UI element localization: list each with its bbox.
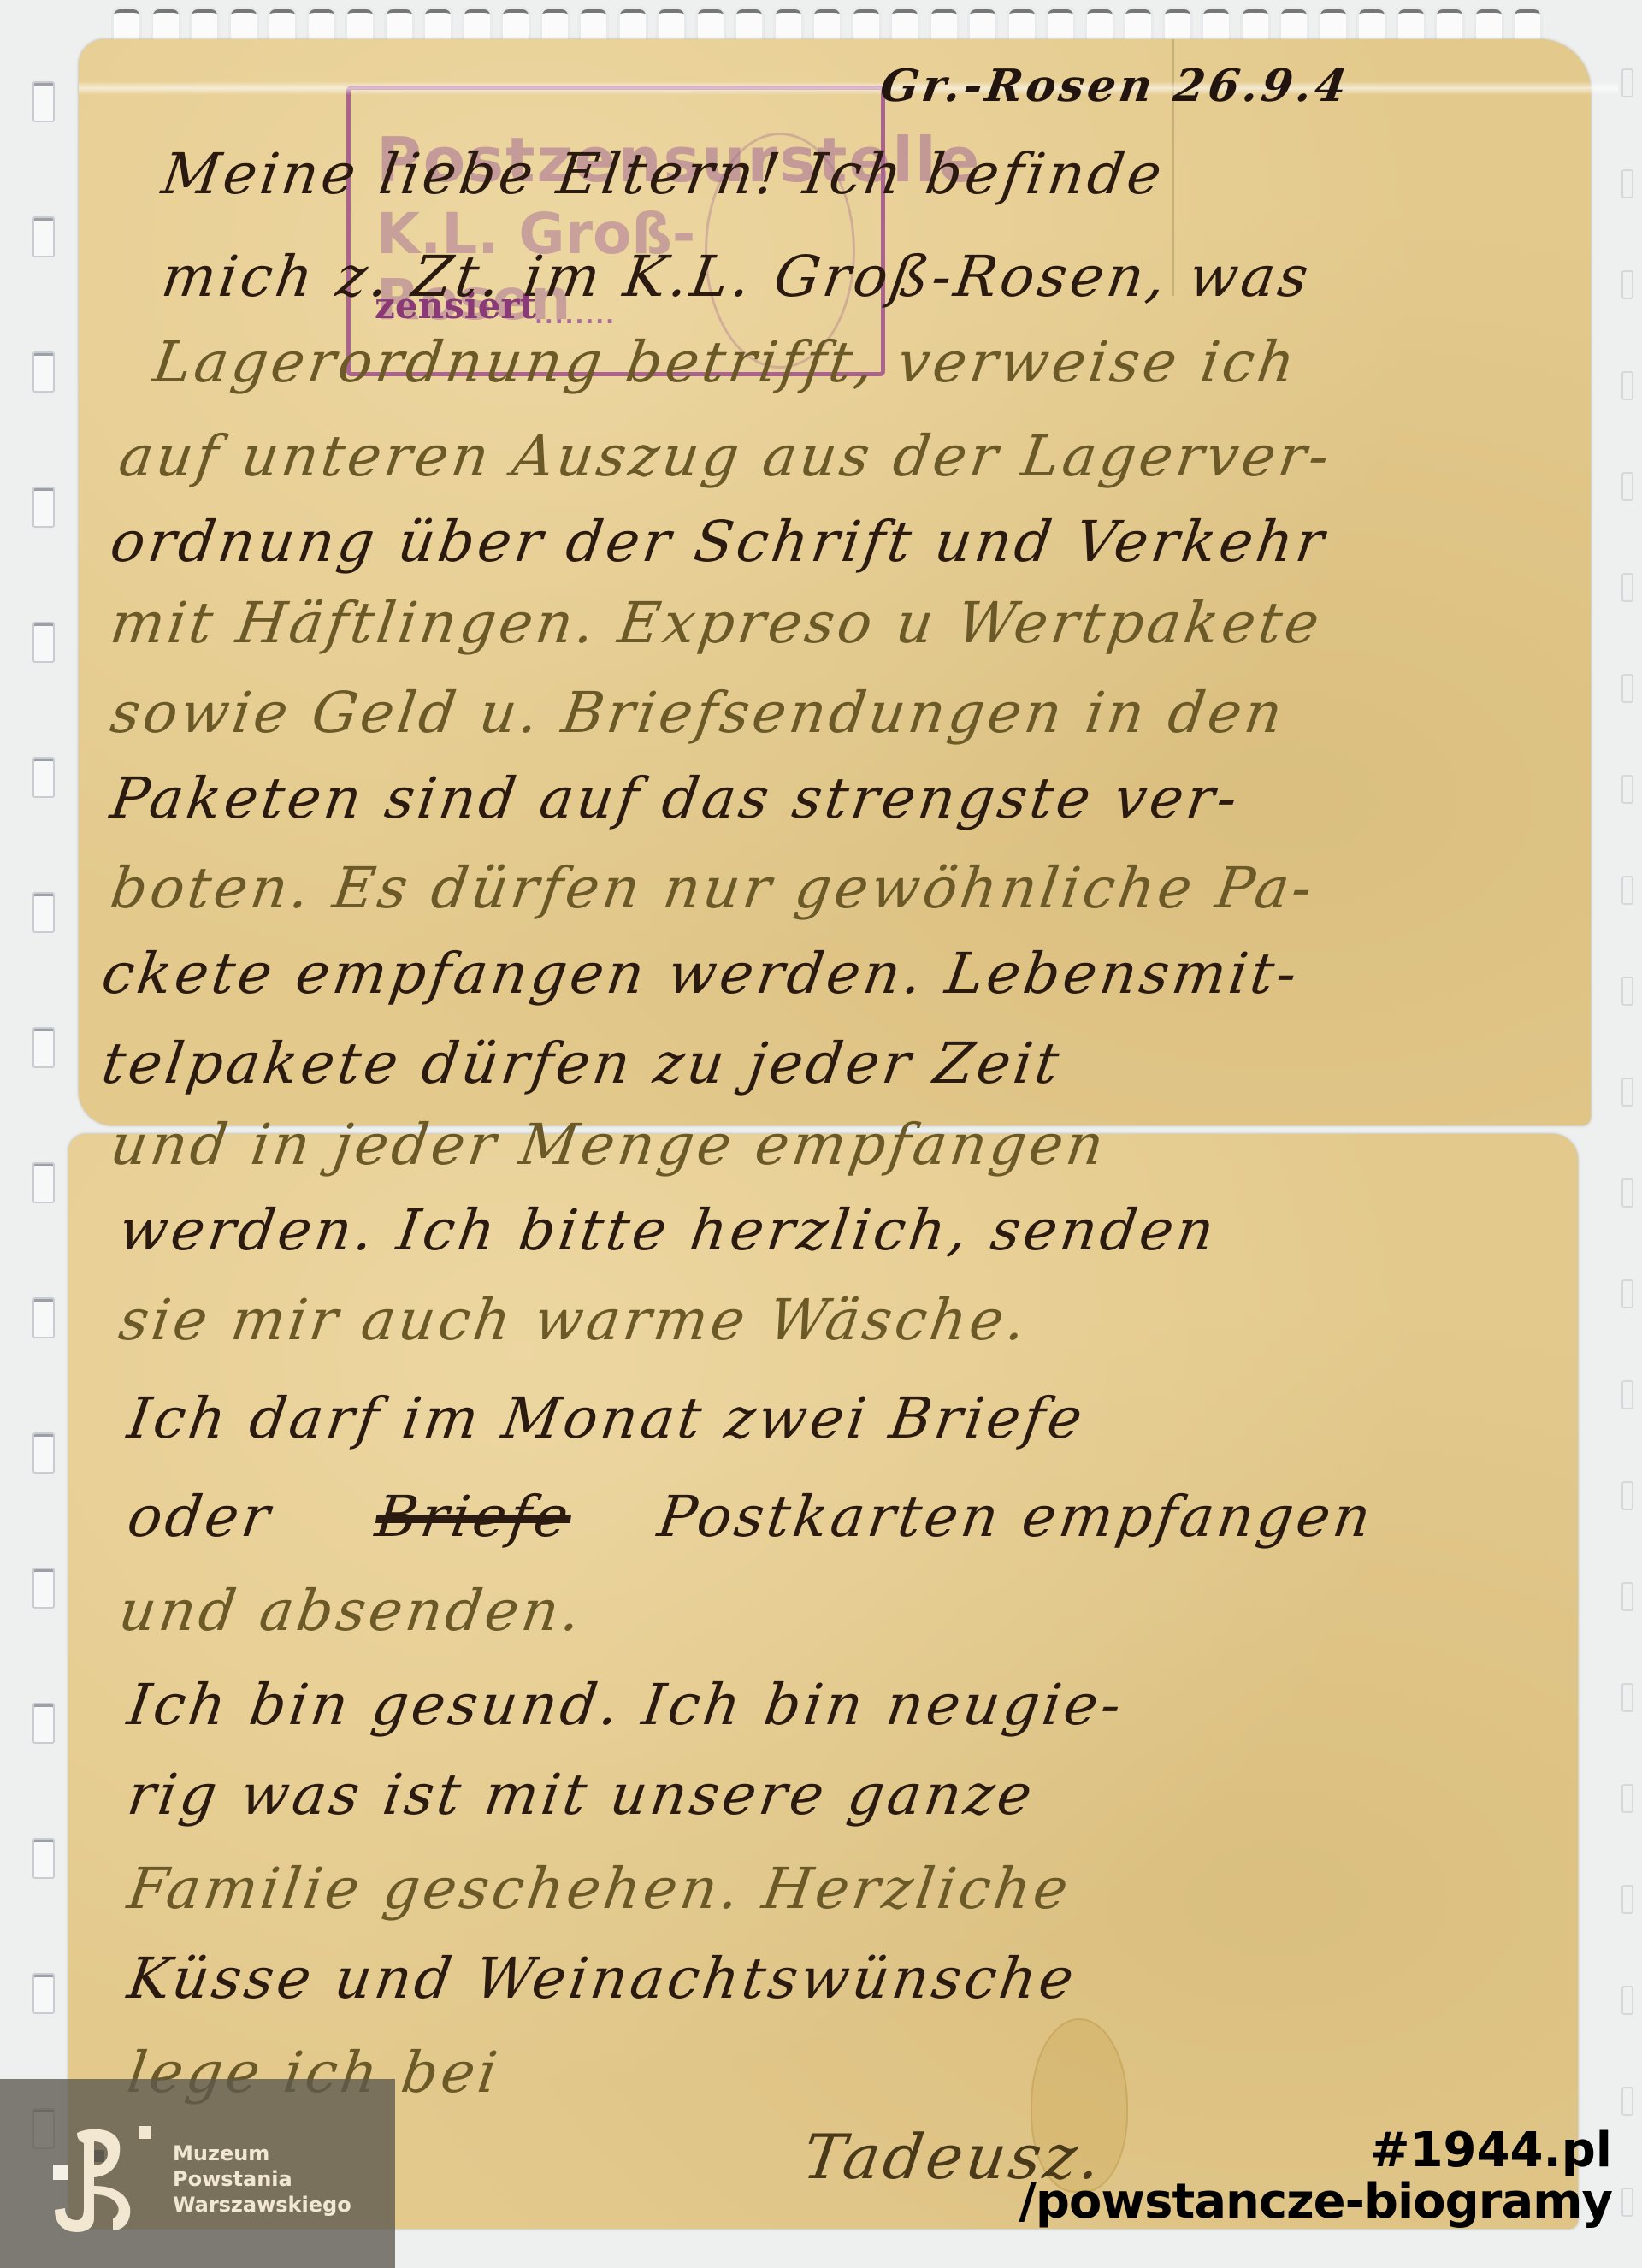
museum-logo-overlay: Muzeum Powstania Warszawskiego — [0, 2079, 395, 2268]
letter-line: Ich bin gesund. Ich bin neugie- — [124, 1672, 1129, 1738]
struck-out-word: Briefe — [372, 1484, 576, 1550]
letter-line: rig was ist mit unsere ganze — [124, 1762, 1040, 1828]
letter-line: oder — [124, 1484, 277, 1550]
letter-line: auf unteren Auszug aus der Lagerver- — [115, 423, 1337, 489]
letter-line: und in jeder Menge empfangen — [107, 1112, 1111, 1178]
letter-line: boten. Es dürfen nur gewöhnliche Pa- — [107, 855, 1320, 921]
museum-name-line: Muzeum — [173, 2141, 351, 2166]
letter-line: ordnung über der Schrift und Verkehr — [107, 509, 1332, 575]
letter-line: werden. Ich bitte herzlich, senden — [115, 1197, 1221, 1263]
letter-line: Küsse und Weinachtswünsche — [124, 1946, 1081, 2011]
museum-name-line: Powstania — [173, 2166, 351, 2192]
letter-line: telpakete dürfen zu jeder Zeit — [98, 1031, 1066, 1096]
letter-line: mich z. Zt. im K.L. Groß-Rosen, was — [158, 244, 1316, 310]
letter-line: mit Häftlingen. Expreso u Wertpakete — [107, 590, 1327, 656]
letter-line: ckete empfangen werden. Lebensmit- — [98, 941, 1304, 1007]
letter-line: Ich darf im Monat zwei Briefe — [124, 1385, 1090, 1451]
source-url-overlay: #1944.pl /powstancze-biogramy — [1019, 2125, 1612, 2228]
letter-line: sie mir auch warme Wäsche. — [115, 1287, 1033, 1353]
letter-line: Meine liebe Eltern! Ich befinde — [158, 141, 1169, 207]
letter-date: Gr.-Rosen 26.9.4 — [877, 60, 1353, 112]
letter-line: Postkarten empfangen — [654, 1484, 1379, 1550]
kotwica-anchor-icon — [53, 2126, 151, 2233]
letter-line: Familie geschehen. Herzliche — [124, 1856, 1076, 1922]
letter-line: sowie Geld u. Briefsendungen in den — [107, 680, 1290, 746]
museum-name-line: Warszawskiego — [173, 2192, 351, 2218]
letter-line: Lagerordnung betrifft, verweise ich — [150, 329, 1302, 395]
letter-line: Paketen sind auf das strengste ver- — [107, 765, 1245, 831]
letter-line: und absenden. — [115, 1578, 588, 1644]
handwritten-letter: Gr.-Rosen 26.9.4 Meine liebe Eltern! Ich… — [0, 0, 1642, 2268]
url-path: /powstancze-biogramy — [1019, 2176, 1612, 2228]
museum-name: Muzeum Powstania Warszawskiego — [173, 2141, 351, 2218]
url-hashtag: #1944.pl — [1019, 2125, 1612, 2176]
